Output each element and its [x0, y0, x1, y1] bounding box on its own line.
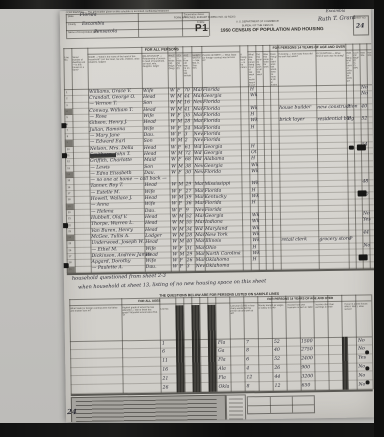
left-edge-stamp: [63, 263, 69, 268]
cell-age: 39: [186, 195, 192, 200]
cell-cw: P: [349, 237, 352, 242]
cell-born: Illinois: [205, 239, 221, 244]
line-number: 16: [67, 186, 70, 189]
cell-born: Florida: [204, 169, 221, 174]
cell-act: H: [250, 125, 254, 130]
cell-act: Wk: [251, 169, 259, 174]
line-number: 17: [67, 192, 70, 195]
cell-age: 28: [186, 233, 192, 238]
cell-rel: Wife: [144, 126, 155, 131]
cell-rel: Wife: [145, 202, 156, 207]
cell-born: Indiana: [205, 220, 223, 225]
cell-race: W: [171, 170, 176, 175]
cell-race: W: [171, 208, 176, 213]
cell-name: — Lewis: [90, 165, 110, 170]
cell-act: Wk: [251, 194, 259, 199]
cell-mar: Mar: [193, 88, 203, 93]
bottom-cell-a: Fla: [218, 375, 226, 380]
left-edge-stamp: [62, 223, 68, 228]
cell-mar: Nev: [196, 264, 205, 269]
cell-race: W: [169, 88, 174, 93]
cell-rel: Head: [143, 107, 156, 112]
cell-born: New York: [205, 232, 228, 238]
cell-mar: Wd: [195, 227, 203, 232]
header-shade: [183, 53, 191, 57]
cell-age: 52: [186, 214, 192, 219]
cell-born: Florida: [203, 113, 220, 118]
cell-race: W: [170, 101, 175, 106]
bottom-cell-e: No: [358, 373, 365, 378]
cell-rel: Wife: [146, 259, 157, 264]
cell-sex: M: [178, 164, 183, 169]
cell-race: W: [170, 113, 175, 118]
cell-x2: 44: [363, 230, 369, 235]
line-number: 7: [66, 129, 67, 132]
cell-name: — Anna: [91, 203, 109, 208]
cell-act: Wk: [251, 163, 259, 168]
cell-age: 31: [186, 246, 192, 251]
cell-age: 27: [186, 189, 192, 194]
cell-race: W: [171, 183, 176, 188]
footer-page-number: 24: [67, 407, 77, 416]
cell-race: W: [170, 145, 175, 150]
line-number: 3: [66, 104, 67, 107]
cell-age: 36: [186, 202, 192, 207]
right-edge-stamp: [357, 144, 366, 150]
right-edge-stamp: [358, 190, 367, 196]
cell-age: 24: [185, 126, 191, 131]
cell-x2: No: [361, 85, 368, 90]
cell-sex: F: [177, 113, 180, 118]
cell-act: H: [250, 112, 254, 117]
cell-sex: M: [179, 221, 184, 226]
cell-cw: P: [347, 104, 350, 109]
cell-x2: No: [361, 91, 368, 96]
cell-name: Julian, Ramona: [90, 127, 126, 133]
line-number: 10: [66, 148, 69, 151]
bottom-cell-d: 1500: [301, 339, 313, 344]
cell-mar: Mar: [193, 94, 203, 99]
cell-act: Wk: [252, 226, 260, 231]
bottom-cell-num: 21: [162, 376, 168, 381]
sample-line-shade: [64, 109, 72, 115]
cell-sex: M: [178, 183, 183, 188]
cell-name: Hubbell, Olaf V.: [91, 215, 128, 221]
column-caption: Serial number of dwelling unit — Is this…: [72, 56, 87, 89]
cell-act: Wk: [252, 238, 260, 243]
cell-race: W: [170, 132, 175, 137]
cell-born: Florida: [205, 207, 222, 212]
cell-mar: Nev: [194, 170, 203, 175]
bottom-caption-parents: What State (or foreign country) were his…: [70, 306, 120, 341]
column-caption: If working — how many hours did he work …: [278, 52, 315, 86]
cell-race: W: [170, 107, 175, 112]
right-edge-stamp: [359, 254, 368, 260]
cell-mar: Mar: [195, 252, 205, 257]
cell-sex: M: [177, 94, 182, 99]
cell-act: Wk: [252, 232, 260, 237]
cell-race: W: [170, 151, 175, 156]
column-caption: Did this person do any work at all last …: [256, 53, 262, 86]
column-caption: SEX — Male (M) Female (F): [176, 54, 182, 87]
cell-mar: Nev: [194, 163, 203, 168]
cell-sex: M: [177, 120, 182, 125]
line-number: 25: [68, 243, 71, 246]
cell-mar: Mar: [194, 182, 204, 187]
cell-rel: Wife: [145, 189, 156, 194]
cell-mar: Mar: [195, 214, 205, 219]
cell-born: Alabama: [204, 157, 224, 162]
cell-name: Smithson, John T.: [90, 152, 131, 158]
cell-sex: F: [177, 88, 180, 93]
sheet-number-value: 24: [356, 22, 365, 29]
cell-age: 35: [184, 113, 190, 118]
line-number: 15: [67, 179, 70, 182]
column-caption: Line No.: [64, 56, 71, 89]
cell-age: 68: [185, 157, 191, 162]
cell-rel: Maid: [144, 158, 156, 163]
cell-act: H: [252, 245, 256, 250]
bottom-cell-b: 8: [247, 384, 250, 389]
bottom-cell-num: 6: [162, 350, 165, 355]
cell-race: W: [171, 202, 176, 207]
cell-age: 16: [184, 101, 190, 106]
cell-act: Wk: [251, 182, 259, 187]
cell-sex: F: [178, 170, 181, 175]
cell-age: 40: [186, 239, 192, 244]
cell-rel: Wife: [143, 88, 154, 93]
cell-race: W: [172, 227, 177, 232]
footer-note-box: [226, 394, 246, 420]
cell-mar: Mar: [194, 126, 204, 131]
line-number: 5: [66, 116, 67, 119]
cell-age: 2: [185, 138, 188, 143]
cell-rel: Lodger: [145, 233, 162, 238]
cell-born: Florida: [204, 138, 221, 143]
cell-born: Ohio: [205, 245, 216, 250]
cell-mar: Wd: [194, 145, 202, 150]
blackened-column: [175, 305, 184, 392]
cell-rel: Head: [143, 120, 156, 125]
cell-age: 29: [186, 252, 192, 257]
cell-born: North Carolina: [205, 251, 240, 257]
cell-sex: M: [179, 227, 184, 232]
cell-mar: Mar: [193, 113, 203, 118]
column-caption: MARITAL STATUS — Mar, Wd, D, Sep, Nev: [192, 54, 201, 87]
column-caption: Even though he didn't work last week, do…: [270, 53, 277, 86]
left-edge-stamp: [60, 123, 66, 128]
cell-rel: Head: [145, 196, 158, 201]
cell-rel: Head: [145, 221, 158, 226]
line-number: 27: [68, 255, 71, 258]
bottom-cell-num: 11: [162, 359, 168, 364]
bottom-cell-b: 12: [246, 375, 252, 380]
cell-act: H: [252, 257, 256, 262]
cell-born: Florida: [203, 119, 220, 124]
column-caption: RACE — White (W) Negro (Neg): [168, 54, 175, 87]
cell-race: W: [171, 158, 176, 163]
bottom-cell-a: Ga: [218, 349, 225, 354]
field-grid-line: [138, 13, 139, 37]
bottom-caption-lineno: Line No.: [160, 307, 174, 327]
census-scan-page: CONFIDENTIAL — The information given on …: [0, 0, 384, 437]
state-field-label: State: [68, 15, 74, 18]
bottom-cell-e: No: [359, 382, 366, 387]
cell-name: Van Buren, Henry: [91, 228, 133, 234]
cell-mar: Mar: [195, 201, 205, 206]
column-caption: CLASS OF WORKER (P, G, O, NP): [353, 52, 359, 85]
cell-rel: Head: [145, 227, 158, 232]
line-number: 12: [67, 160, 70, 163]
cell-age: 38: [185, 164, 191, 169]
bottom-cell-d: 2750: [301, 348, 313, 353]
footer-instructions-box: [71, 395, 226, 423]
column-caption: PLACE OF BIRTH — What State (or foreign …: [202, 53, 239, 87]
cell-race: W: [171, 164, 176, 169]
cell-born: Florida: [203, 100, 220, 105]
bottom-caption-education: Highest grade of school he has attended …: [122, 306, 159, 341]
bottom-cell-a: Fla: [218, 358, 226, 363]
cell-act: Wk: [252, 251, 260, 256]
line-number: 23: [68, 230, 71, 233]
cell-sex: M: [177, 101, 182, 106]
census-sheet: CONFIDENTIAL — The information given on …: [60, 6, 377, 422]
cell-born: Kentucky: [205, 195, 227, 201]
bottom-cell-b: 4: [246, 366, 249, 371]
cell-sex: M: [179, 252, 184, 257]
line-number: 13: [67, 167, 70, 170]
cell-race: W: [172, 233, 177, 238]
cell-race: W: [172, 259, 177, 264]
bottom-cell-c: 26: [274, 366, 280, 371]
cell-mar: Mar: [196, 258, 206, 263]
cell-sex: M: [179, 239, 184, 244]
footer-cells-box: [247, 395, 315, 414]
sample-check-mark: [366, 380, 370, 384]
cell-act: H: [249, 87, 253, 92]
cell-ind: new construction: [317, 104, 357, 110]
cell-rel: Dau.: [146, 265, 157, 270]
cell-sex: M: [177, 107, 182, 112]
blackened-column: [207, 305, 216, 392]
cell-rel: Head: [144, 145, 157, 150]
cell-x2: Yes: [363, 218, 371, 223]
bottom-cell-d: 650: [302, 383, 311, 388]
line-number: 21: [67, 217, 70, 220]
cell-rel: Dau.: [144, 133, 155, 138]
bottom-cell-a: Okla: [218, 384, 229, 389]
cell-sex: F: [178, 145, 181, 150]
cell-x2: 40: [361, 104, 367, 109]
cell-born: Florida: [204, 132, 221, 137]
cell-age: 61: [185, 145, 191, 150]
bottom-cell-c: 12: [275, 383, 281, 388]
line-number: 8: [66, 135, 67, 138]
cell-age: 28: [184, 119, 190, 124]
cell-sex: F: [179, 208, 182, 213]
cell-sex: F: [180, 265, 183, 270]
cell-act: Ot: [250, 150, 256, 155]
cell-act: Wk: [251, 213, 259, 218]
cell-mar: Mar: [193, 119, 203, 124]
cell-name: Conway, William T.: [89, 108, 133, 114]
column-caption: OCCUPATION — What kind of work was he do…: [316, 52, 345, 85]
enumerator-name: Ruth T. Grant: [318, 15, 356, 23]
cell-mar: Mar: [193, 107, 203, 112]
column-caption: What was this person doing most of last …: [248, 53, 255, 86]
line-number: 20: [67, 211, 70, 214]
bottom-caption-right: Income from own business or farm in 1949: [287, 303, 314, 337]
bottom-caption-right: Income other than earnings in 1949: [316, 303, 343, 337]
cell-rel: Head: [145, 215, 158, 220]
cell-name: — Mary Jane: [90, 133, 120, 139]
bottom-cell-num: 1: [162, 341, 165, 346]
cell-race: W: [172, 240, 177, 245]
cell-rel: Dau.: [145, 208, 156, 213]
cell-rel: Son: [143, 101, 152, 106]
cell-rel: Head: [145, 240, 158, 245]
cell-age: 44: [184, 94, 190, 99]
cell-born: Florida: [205, 201, 222, 206]
cell-born: Florida: [203, 87, 220, 92]
bottom-caption-right: If ever in armed forces: WW II, WW I, ot…: [344, 302, 371, 336]
cell-mar: Nev: [195, 208, 204, 213]
cell-act: H: [251, 156, 255, 161]
cell-born: Georgia: [204, 144, 223, 149]
line-number: 26: [68, 249, 71, 252]
cell-rel: Head: [146, 252, 159, 257]
cell-sex: M: [178, 151, 183, 156]
scan-right-edge: [374, 0, 384, 437]
column-caption: Item 20b: [367, 51, 373, 84]
line-number: 18: [67, 198, 70, 201]
sample-line-shade: [66, 235, 74, 241]
cell-occ: retail clerk: [281, 237, 307, 243]
cell-mar: Wd: [194, 151, 202, 156]
sheet-number-label: SHEET NO.: [354, 16, 368, 19]
cell-rel: Wife: [145, 246, 156, 251]
cell-occ: house builder: [279, 105, 311, 111]
cell-age: 29: [185, 183, 191, 188]
cell-sex: F: [178, 158, 181, 163]
county-field-value: Escambia: [82, 21, 105, 27]
scan-bottom-edge: [0, 423, 384, 437]
cell-sex: F: [178, 132, 181, 137]
line-number: 1: [65, 91, 66, 94]
cell-age: 9: [186, 208, 189, 213]
cell-race: W: [172, 246, 177, 251]
bottom-cell-d: 3200: [301, 374, 313, 379]
bottom-cell-d: 900: [301, 365, 310, 370]
cell-name: McGee, Tullis A.: [91, 234, 129, 240]
cell-name: — Helena: [91, 209, 114, 215]
cell-act: Wk: [251, 219, 259, 224]
cell-x2: 52: [361, 117, 367, 122]
cell-x2: 48: [362, 180, 368, 185]
cell-age: 30: [185, 170, 191, 175]
cell-race: W: [170, 139, 175, 144]
cell-age: 3: [185, 132, 188, 137]
cell-sex: M: [178, 139, 183, 144]
right-edge-stamp: [349, 146, 354, 150]
sample-line-shade: [65, 172, 73, 178]
cell-sex: F: [180, 258, 183, 263]
cell-sex: F: [178, 126, 181, 131]
cell-mar: Mar: [195, 189, 205, 194]
cell-rel: Dau.: [144, 171, 155, 176]
line-number: 2: [66, 97, 67, 100]
cell-race: W: [170, 126, 175, 131]
sample-line-shade: [65, 140, 73, 146]
cell-mar: Mar: [195, 245, 205, 250]
bottom-cell-c: 52: [274, 357, 280, 362]
cell-name: — Rosa: [89, 114, 106, 119]
column-caption: INDUSTRY — What kind of business or indu…: [346, 52, 352, 85]
county-field-label: County: [68, 23, 76, 26]
cell-act: H: [251, 201, 255, 206]
cell-sex: M: [179, 214, 184, 219]
cell-race: W: [171, 214, 176, 219]
cell-rel: Head: [143, 95, 156, 100]
cell-born: Florida: [204, 125, 221, 130]
cell-race: W: [172, 221, 177, 226]
cell-name: — Ethel M.: [91, 247, 117, 253]
cell-race: W: [172, 252, 177, 257]
cell-name: Williams, Grace V.: [89, 89, 131, 95]
cell-mar: Wd: [194, 157, 202, 162]
cell-rel: Head: [144, 183, 157, 188]
bottom-cell-c: 44: [274, 375, 280, 380]
cell-act: Wk: [250, 118, 258, 123]
bottom-cell-e: No: [358, 338, 365, 343]
cell-rel: Head: [144, 152, 157, 157]
sample-line-shade: [66, 204, 74, 210]
column-caption: Item 20a: [360, 51, 366, 84]
cell-age: 70: [184, 88, 190, 93]
bottom-cell-e: Yes: [358, 356, 366, 361]
bottom-cell-a: Fla: [217, 340, 225, 345]
bottom-cell-b: 6: [246, 357, 249, 362]
column-caption: NAME — What is the name of the head of t…: [88, 55, 141, 89]
cell-race: W: [171, 195, 176, 200]
cell-race: W: [172, 265, 177, 270]
cell-cw: P: [347, 117, 350, 122]
cell-race: W: [171, 189, 176, 194]
cell-sex: M: [179, 195, 184, 200]
schedule-title: 1950 CENSUS OF POPULATION AND HOUSING: [212, 26, 332, 33]
cell-mar: Nev: [194, 138, 203, 143]
cell-act: Wk: [250, 106, 258, 111]
cell-name: — Estelle M.: [91, 190, 121, 196]
cell-born: Florida: [205, 188, 222, 193]
cell-race: W: [170, 95, 175, 100]
cell-race: W: [170, 120, 175, 125]
cell-born: Georgia: [205, 214, 224, 219]
column-caption: RELATIONSHIP — Relationship of person to…: [142, 55, 167, 88]
cell-born: Florida: [203, 106, 220, 111]
cell-act: Wk: [250, 93, 258, 98]
cell-born: Maryland: [205, 226, 227, 232]
cell-age: 41: [184, 107, 190, 112]
cell-age: 55: [186, 220, 192, 225]
bottom-caption-right: Last year (1949) in how many weeks did t…: [230, 304, 257, 338]
cell-x2: No: [363, 243, 370, 248]
cell-act: H: [250, 144, 254, 149]
bottom-cell-b: 8: [246, 349, 249, 354]
cell-age: 3: [187, 265, 190, 270]
blackened-column: [191, 305, 200, 392]
cell-born: Oklahoma: [206, 258, 230, 264]
